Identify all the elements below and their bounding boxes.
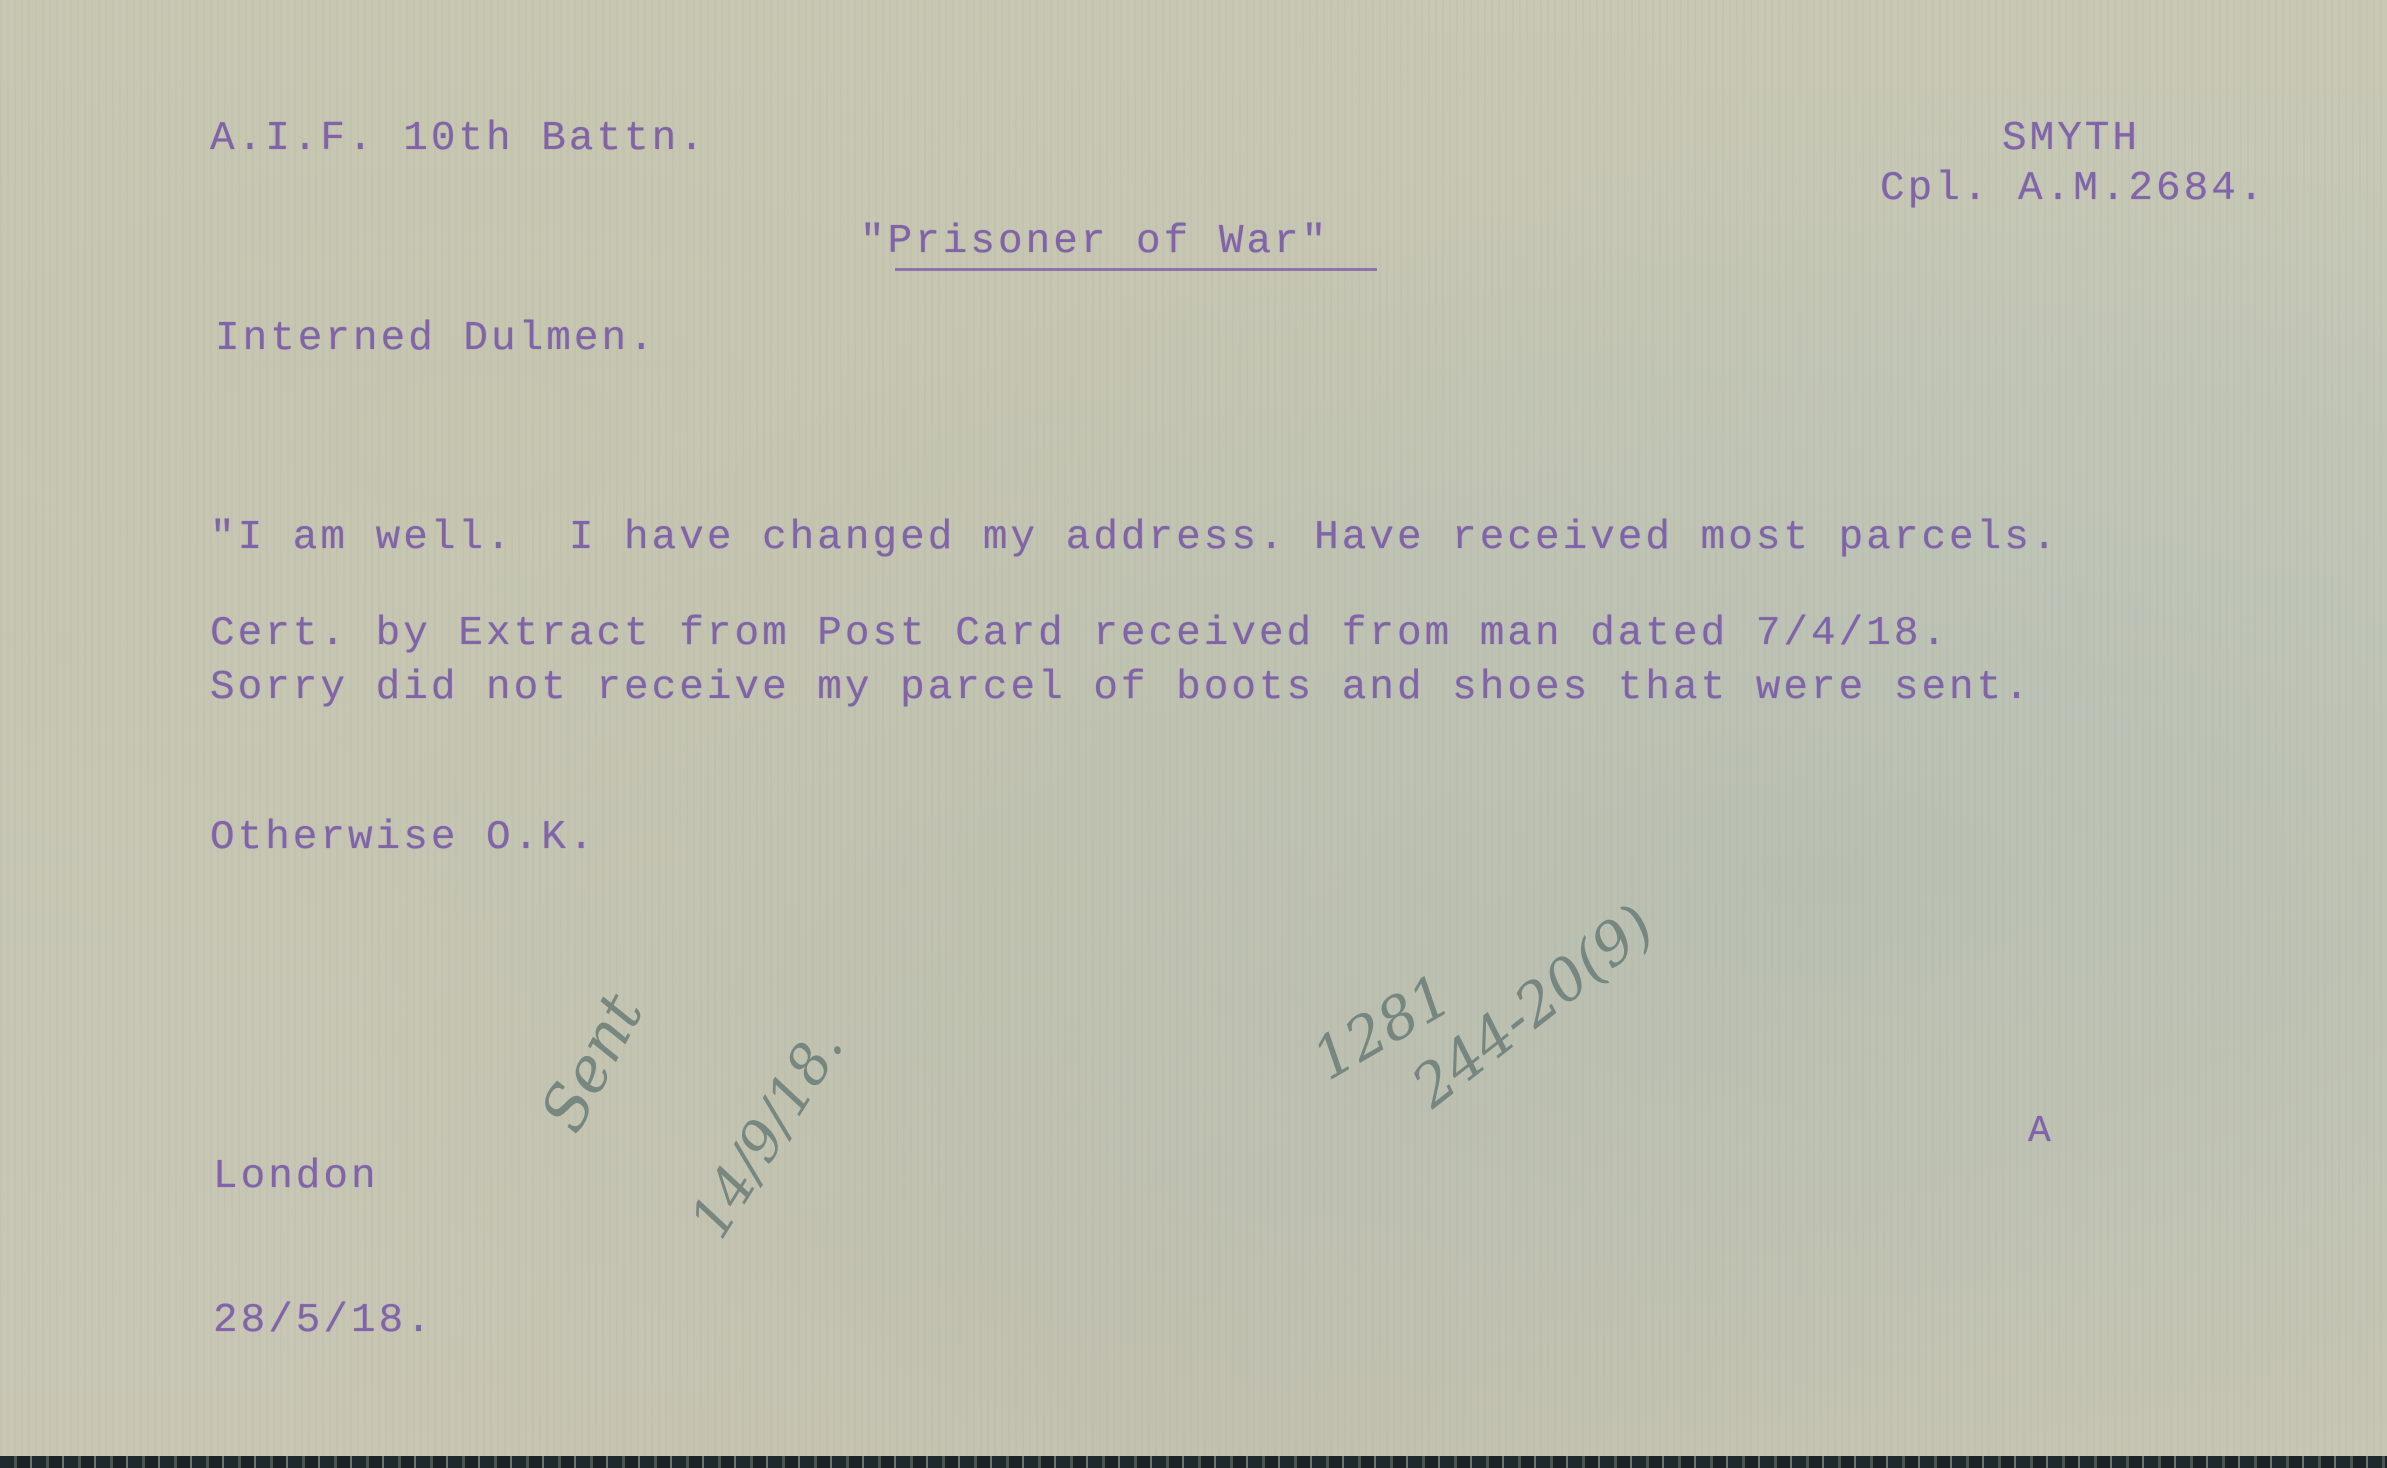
handwritten-sent-date: 14/9/18. [677, 1017, 856, 1250]
file-mark: A [2028, 1108, 2054, 1156]
message-line: Sorry did not receive my parcel of boots… [210, 663, 2059, 713]
interned-location: Interned Dulmen. [215, 315, 657, 363]
message-line: Otherwise O.K. [210, 813, 2059, 863]
footer-place-date: London 28/5/18. [213, 1057, 434, 1441]
rank-and-number: Cpl. A.M.2684. [1880, 165, 2266, 213]
footer-date: 28/5/18. [213, 1297, 434, 1345]
card-bottom-edge [0, 1456, 2387, 1468]
handwritten-sent-label: Sent [526, 982, 658, 1143]
footer-place: London [213, 1153, 434, 1201]
message-body: "I am well. I have changed my address. H… [210, 413, 2059, 963]
message-line: "I am well. I have changed my address. H… [210, 513, 2059, 563]
certification-line: Cert. by Extract from Post Card received… [210, 610, 1949, 658]
title-underline [895, 268, 1377, 271]
record-card: A.I.F. 10th Battn. SMYTH Cpl. A.M.2684. … [0, 0, 2387, 1460]
unit-label: A.I.F. 10th Battn. [210, 115, 707, 163]
document-title: "Prisoner of War" [860, 218, 1329, 266]
surname: SMYTH [2002, 115, 2140, 163]
